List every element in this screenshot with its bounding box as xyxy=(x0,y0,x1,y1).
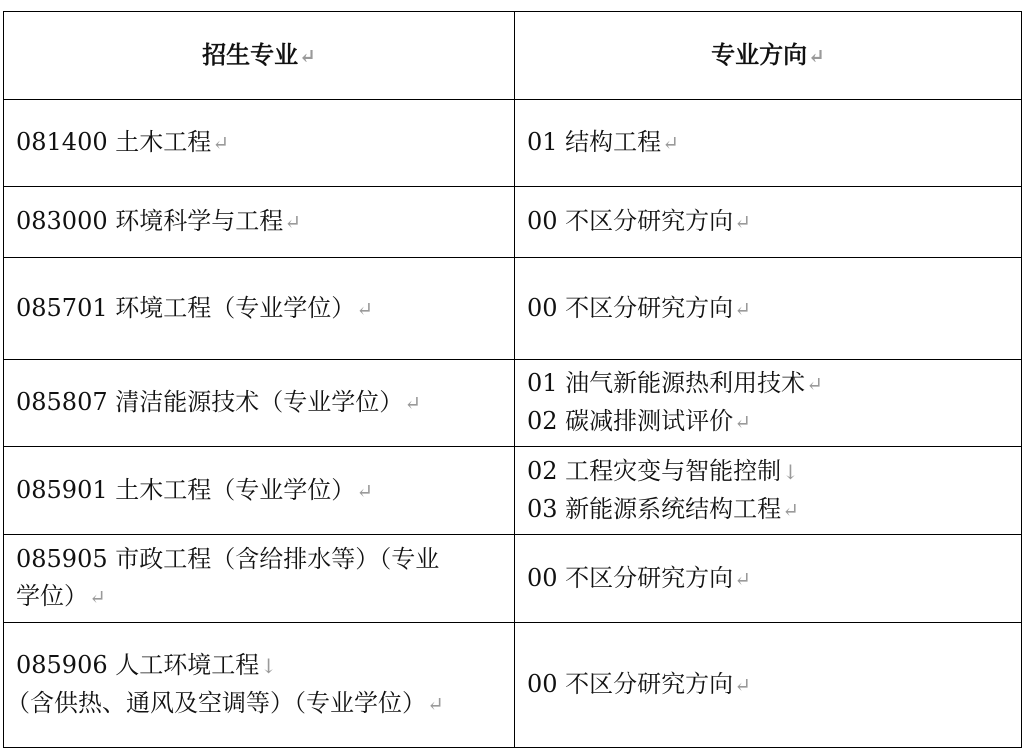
paragraph-mark-icon: ↵ xyxy=(806,372,823,396)
direction-text: 00 不区分研究方向 xyxy=(527,294,733,322)
table-row: 081400 土木工程↵ 01 结构工程↵ xyxy=(4,100,1022,187)
major-cell[interactable]: 083000 环境科学与工程↵ xyxy=(4,187,515,258)
major-text: 085701 环境工程（专业学位） xyxy=(16,294,355,322)
direction-cell[interactable]: 00 不区分研究方向↵ xyxy=(515,258,1022,360)
major-text: 085905 市政工程（含给排水等）（专业 xyxy=(16,545,439,573)
paragraph-mark-icon: ↵ xyxy=(782,498,799,522)
direction-text: 02 碳减排测试评价 xyxy=(527,407,733,435)
major-cell[interactable]: 085807 清洁能源技术（专业学位）↵ xyxy=(4,360,515,447)
major-text: 081400 土木工程 xyxy=(16,128,211,156)
paragraph-mark-icon: ↵ xyxy=(808,44,825,68)
direction-cell[interactable]: 02 工程灾变与智能控制↓ 03 新能源系统结构工程↵ xyxy=(515,447,1022,535)
direction-cell[interactable]: 00 不区分研究方向↵ xyxy=(515,535,1022,623)
majors-table: 招生专业↵ 专业方向↵ 081400 土木工程↵ 01 结构工程↵ 083000… xyxy=(3,11,1022,748)
paragraph-mark-icon: ↵ xyxy=(356,479,373,503)
paragraph-mark-icon: ↵ xyxy=(734,210,751,234)
line-break-mark-icon: ↓ xyxy=(782,460,799,484)
major-text: （含供热、通风及空调等）（专业学位） xyxy=(6,689,426,717)
direction-text: 00 不区分研究方向 xyxy=(527,670,733,698)
paragraph-mark-icon: ↵ xyxy=(299,44,316,68)
header-row: 招生专业↵ 专业方向↵ xyxy=(4,12,1022,100)
direction-text: 02 工程灾变与智能控制 xyxy=(527,457,781,485)
direction-text: 00 不区分研究方向 xyxy=(527,564,733,592)
line-break-mark-icon: ↓ xyxy=(260,654,277,678)
major-cell[interactable]: 085901 土木工程（专业学位）↵ xyxy=(4,447,515,535)
major-text: 085807 清洁能源技术（专业学位） xyxy=(16,388,403,416)
paragraph-mark-icon: ↵ xyxy=(404,391,421,415)
table-row: 085701 环境工程（专业学位）↵ 00 不区分研究方向↵ xyxy=(4,258,1022,360)
major-text: 083000 环境科学与工程 xyxy=(16,207,283,235)
major-cell[interactable]: 085906 人工环境工程↓ （含供热、通风及空调等）（专业学位）↵ xyxy=(4,623,515,748)
paragraph-mark-icon: ↵ xyxy=(734,297,751,321)
major-cell[interactable]: 085701 环境工程（专业学位）↵ xyxy=(4,258,515,360)
direction-text: 01 结构工程 xyxy=(527,128,661,156)
direction-text: 00 不区分研究方向 xyxy=(527,207,733,235)
direction-cell[interactable]: 00 不区分研究方向↵ xyxy=(515,187,1022,258)
table-row: 085905 市政工程（含给排水等）（专业 学位）↵ 00 不区分研究方向↵ xyxy=(4,535,1022,623)
header-direction[interactable]: 专业方向↵ xyxy=(515,12,1022,100)
paragraph-mark-icon: ↵ xyxy=(734,567,751,591)
major-text: 085906 人工环境工程 xyxy=(16,651,259,679)
table-row: 085807 清洁能源技术（专业学位）↵ 01 油气新能源热利用技术↵ 02 碳… xyxy=(4,360,1022,447)
table-row: 083000 环境科学与工程↵ 00 不区分研究方向↵ xyxy=(4,187,1022,258)
direction-text: 03 新能源系统结构工程 xyxy=(527,495,781,523)
direction-cell[interactable]: 01 油气新能源热利用技术↵ 02 碳减排测试评价↵ xyxy=(515,360,1022,447)
major-text: 085901 土木工程（专业学位） xyxy=(16,476,355,504)
paragraph-mark-icon: ↵ xyxy=(734,410,751,434)
paragraph-mark-icon: ↵ xyxy=(356,297,373,321)
direction-text: 01 油气新能源热利用技术 xyxy=(527,369,805,397)
major-cell[interactable]: 085905 市政工程（含给排水等）（专业 学位）↵ xyxy=(4,535,515,623)
paragraph-mark-icon: ↵ xyxy=(284,210,301,234)
table-row: 085901 土木工程（专业学位）↵ 02 工程灾变与智能控制↓ 03 新能源系… xyxy=(4,447,1022,535)
table-row: 085906 人工环境工程↓ （含供热、通风及空调等）（专业学位）↵ 00 不区… xyxy=(4,623,1022,748)
direction-cell[interactable]: 01 结构工程↵ xyxy=(515,100,1022,187)
header-major[interactable]: 招生专业↵ xyxy=(4,12,515,100)
major-cell[interactable]: 081400 土木工程↵ xyxy=(4,100,515,187)
paragraph-mark-icon: ↵ xyxy=(427,692,444,716)
paragraph-mark-icon: ↵ xyxy=(89,585,106,609)
paragraph-mark-icon: ↵ xyxy=(734,673,751,697)
paragraph-mark-icon: ↵ xyxy=(662,131,679,155)
direction-cell[interactable]: 00 不区分研究方向↵ xyxy=(515,623,1022,748)
paragraph-mark-icon: ↵ xyxy=(212,131,229,155)
major-text: 学位） xyxy=(16,582,88,610)
